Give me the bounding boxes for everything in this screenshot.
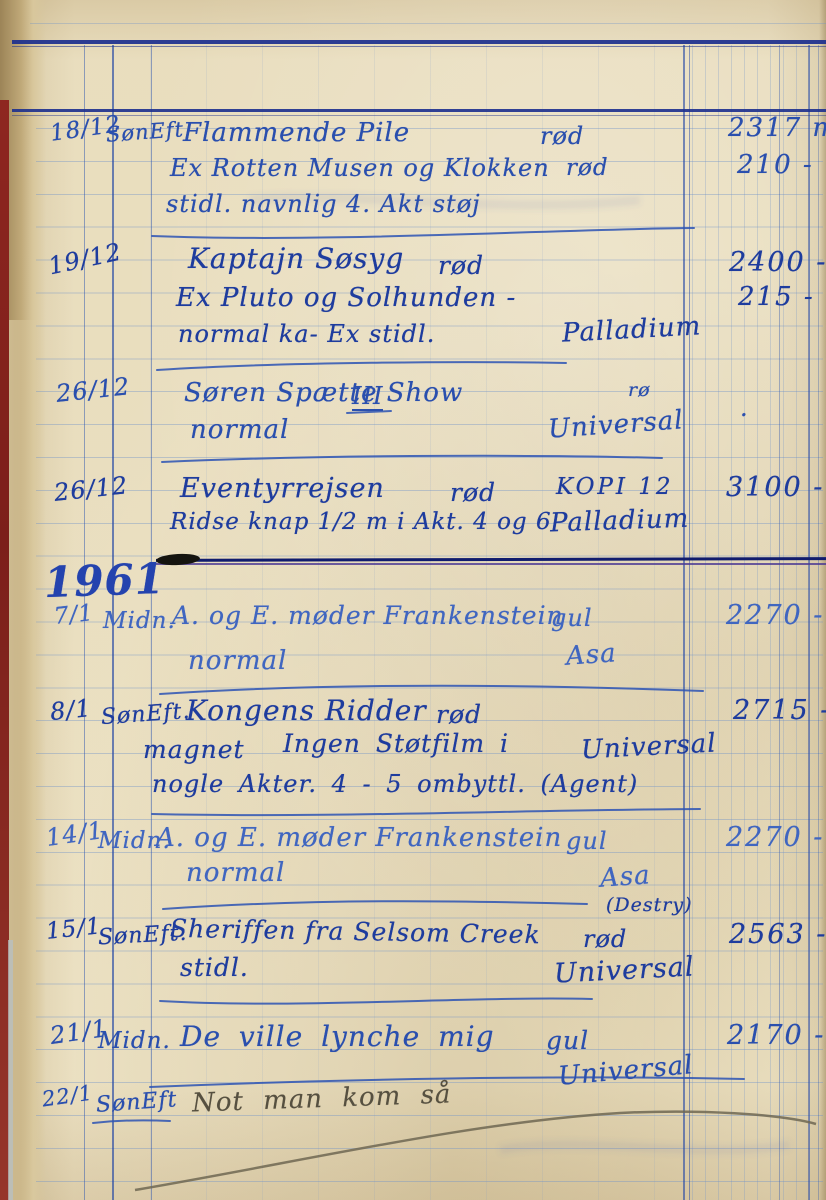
heavy-header-rule [12,109,826,112]
heavy-top-rule [12,40,826,44]
distributor: Palladium [561,313,701,346]
copy-note: KOPI 12 [556,476,674,499]
film-title: Kongens Ridder [186,697,427,725]
amount: 3100 - [726,474,824,501]
color-note: rød [450,480,496,505]
film-title: A. og E. møder Frankenstein [172,603,564,628]
film-title: Søren Spætte Show [184,380,463,406]
color-note: gul [551,606,593,630]
column-rule [689,45,690,1200]
distributor: Universal [553,953,695,987]
entry-date: 14/1 [45,818,106,850]
amount: 2715 - [733,697,826,724]
section-divider-line2 [156,563,826,565]
color-note: rød [438,253,484,278]
color-note: rød [436,702,482,727]
entry-note: normal [188,648,287,674]
entry-date: 8/1 [49,696,93,724]
entry-session: Midn. [98,1030,171,1053]
entry-date: 26/12 [53,473,129,505]
entry-session: Midn. [103,610,176,633]
distributor: Palladium [550,506,690,537]
entry-note: normal ka- Ex stidl. [178,322,435,346]
film-title: Sheriffen fra Selsom Creek [170,916,541,947]
amount: 2400 - [729,249,826,276]
thin-top-rule [12,46,826,47]
entry-note: nogle Akter. 4 - 5 ombyttl. (Agent) [152,772,638,796]
color-note: rød [566,157,609,180]
title-annotation: (Destry) [606,896,693,915]
distributor: Asa [565,640,617,669]
amount: 215 - [738,284,815,310]
entry-note: stidl. [180,955,249,980]
entry-note: Ridse knap 1/2 m i Akt. 4 og 6 [170,511,552,534]
color-note: gul [566,829,608,853]
color-note: rød [540,124,584,148]
film-title: Eventyrrejsen [180,475,385,502]
entry-date: 26/12 [55,374,131,406]
entry-date: 7/1 [53,602,95,629]
color-note: rød [583,927,627,951]
amount: 2317 m [728,115,826,141]
amount: 2563 - [729,921,826,948]
entry-note: Ex Rotten Musen og Klokken [170,156,550,180]
column-rule [683,45,685,1200]
distributor: Universal [580,730,717,763]
entry-session: SønEft [95,1089,178,1117]
faint-top-line [30,23,826,24]
ledger-page-scan: 18/12 SønEft Flammende Pile rød 2317 m E… [0,0,826,1200]
film-title: A. og E. møder Frankenstein [156,825,562,851]
binding-grey-sliver [8,940,13,1200]
film-title: Flammende Pile [183,120,410,146]
entry-note: normal [190,417,289,443]
amount: 2270 - [726,824,824,851]
film-title: Kaptajn Søsyg [188,245,404,273]
entry-session: SønEft [105,119,184,145]
film-title-suffix: III [352,384,383,411]
distributor: Asa [599,862,651,891]
entry-date: 15/1 [45,915,103,944]
year-heading: 1961 [43,558,165,604]
color-note: gul [546,1028,589,1053]
film-title: De ville lynche mig [180,1023,495,1051]
entry-note: stidl. navnlig 4. Akt støj [166,192,481,216]
amount: 2270 - [726,602,824,629]
color-note: rø [628,381,651,400]
entry-note: Ingen Støtfilm i [283,731,509,756]
amount: 210 - [737,152,814,178]
entry-note: magnet [143,737,245,762]
entry-note: Ex Pluto og Solhunden - [176,285,516,311]
ink-dot: . [740,396,749,420]
entry-note: normal [186,860,285,886]
amount: 2170 - [727,1022,825,1049]
thin-header-rule [12,115,826,116]
